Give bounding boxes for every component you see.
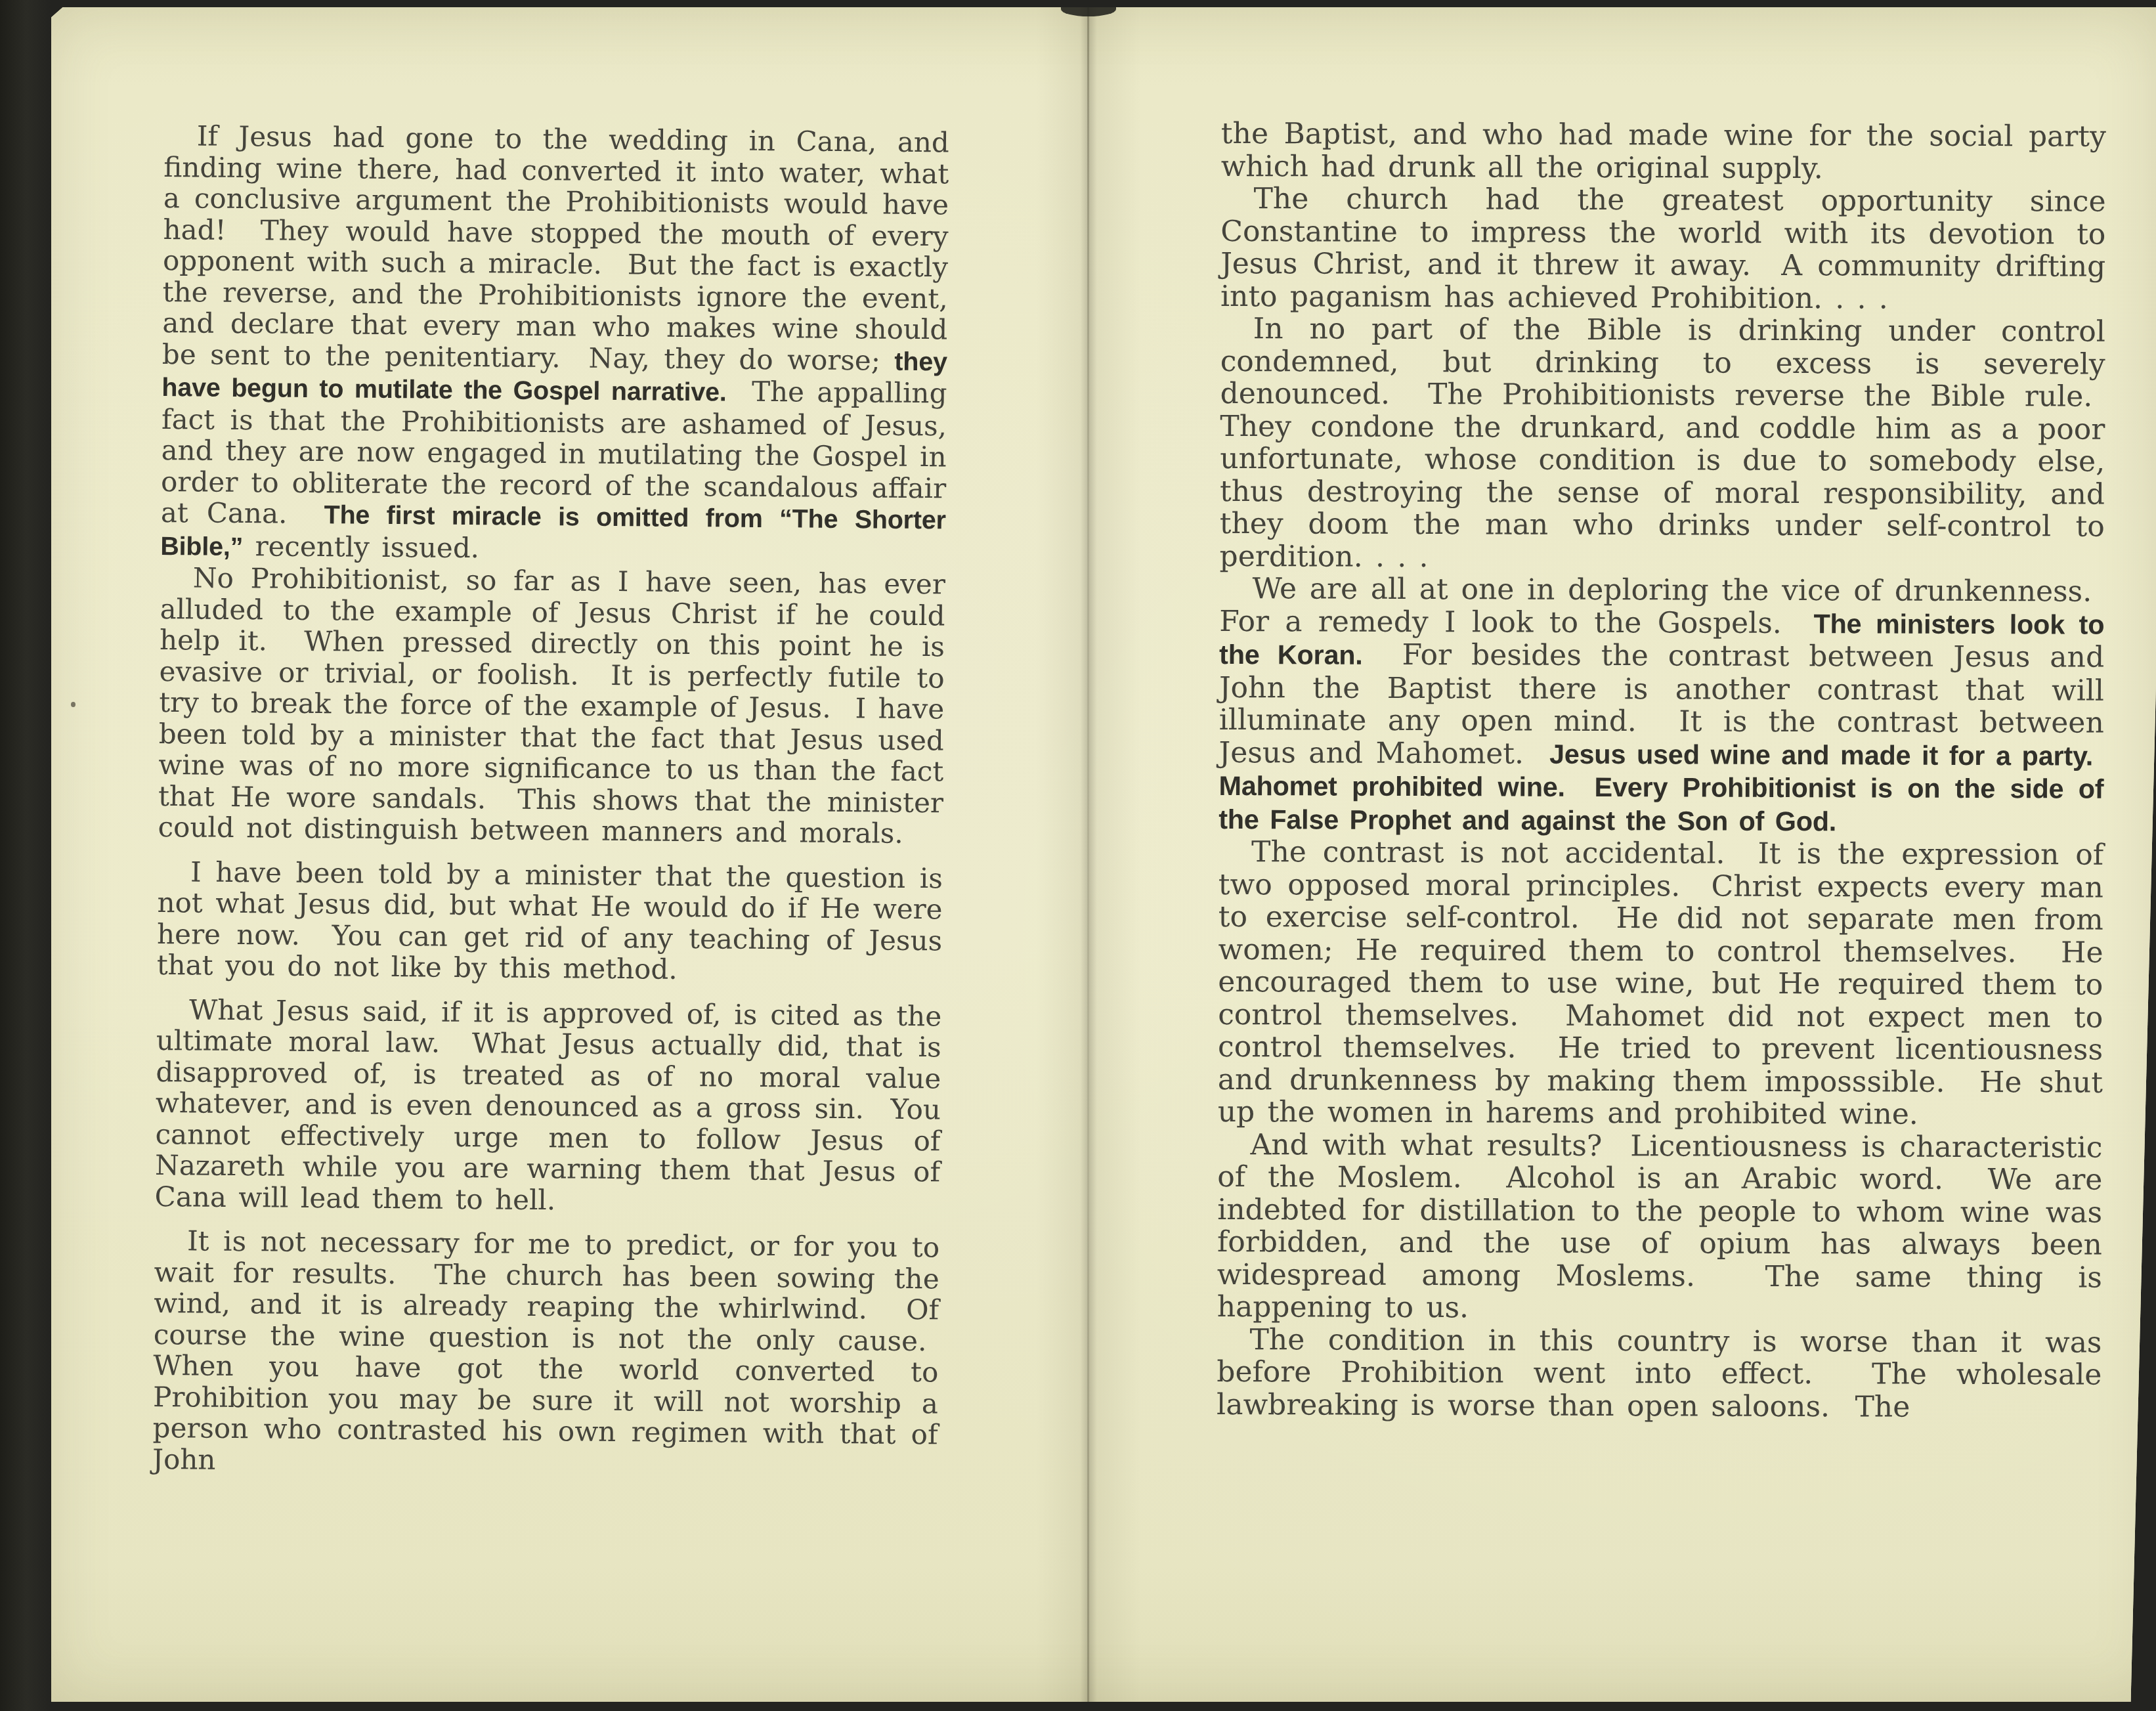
paragraph: If Jesus had gone to the wedding in Cana…	[160, 120, 949, 569]
paragraph: The contrast is not accidental. It is th…	[1218, 836, 2104, 1131]
paragraph: No Prohibitionist, so far as I have seen…	[158, 562, 945, 850]
paragraph: What Jesus said, if it is approved of, i…	[154, 993, 941, 1219]
body-text: The condition in this country is worse t…	[1217, 1323, 2102, 1424]
body-text: the Baptist, and who had made wine for t…	[1221, 117, 2106, 185]
body-text: The church had the greatest opportunity …	[1220, 182, 2106, 315]
body-text: No Prohibitionist, so far as I have seen…	[158, 561, 945, 849]
right-page-text: the Baptist, and who had made wine for t…	[1217, 118, 2106, 1424]
body-text: In no part of the Bible is drinking unde…	[1220, 312, 2105, 573]
body-text: The contrast is not accidental. It is th…	[1218, 835, 2104, 1131]
body-text: recently issued.	[243, 530, 479, 564]
body-text: What Jesus said, if it is approved of, i…	[154, 993, 941, 1216]
paragraph: And with what results? Licentiousness is…	[1217, 1128, 2103, 1326]
paragraph: I have been told by a minister that the …	[157, 855, 943, 987]
body-text: If Jesus had gone to the wedding in Cana…	[162, 119, 949, 376]
paragraph: the Baptist, and who had made wine for t…	[1221, 118, 2106, 186]
paper-spread: If Jesus had gone to the wedding in Cana…	[51, 7, 2156, 1702]
book-spread-scan: If Jesus had gone to the wedding in Cana…	[0, 0, 2156, 1711]
center-fold-top-notch	[1061, 2, 1116, 16]
body-text: It is not necessary for me to predict, o…	[152, 1224, 939, 1475]
body-text: And with what results? Licentiousness is…	[1217, 1128, 2103, 1325]
paragraph: The condition in this country is worse t…	[1217, 1323, 2102, 1423]
center-fold-line	[1087, 7, 1089, 1702]
paper-speck	[71, 702, 75, 707]
left-page-text: If Jesus had gone to the wedding in Cana…	[152, 120, 949, 1481]
body-text: I have been told by a minister that the …	[157, 855, 943, 985]
paragraph: The church had the greatest opportunity …	[1220, 183, 2106, 316]
paragraph: We are all at one in deploring the vice …	[1218, 573, 2104, 839]
paragraph: In no part of the Bible is drinking unde…	[1220, 313, 2105, 576]
paragraph: It is not necessary for me to predict, o…	[152, 1225, 939, 1481]
